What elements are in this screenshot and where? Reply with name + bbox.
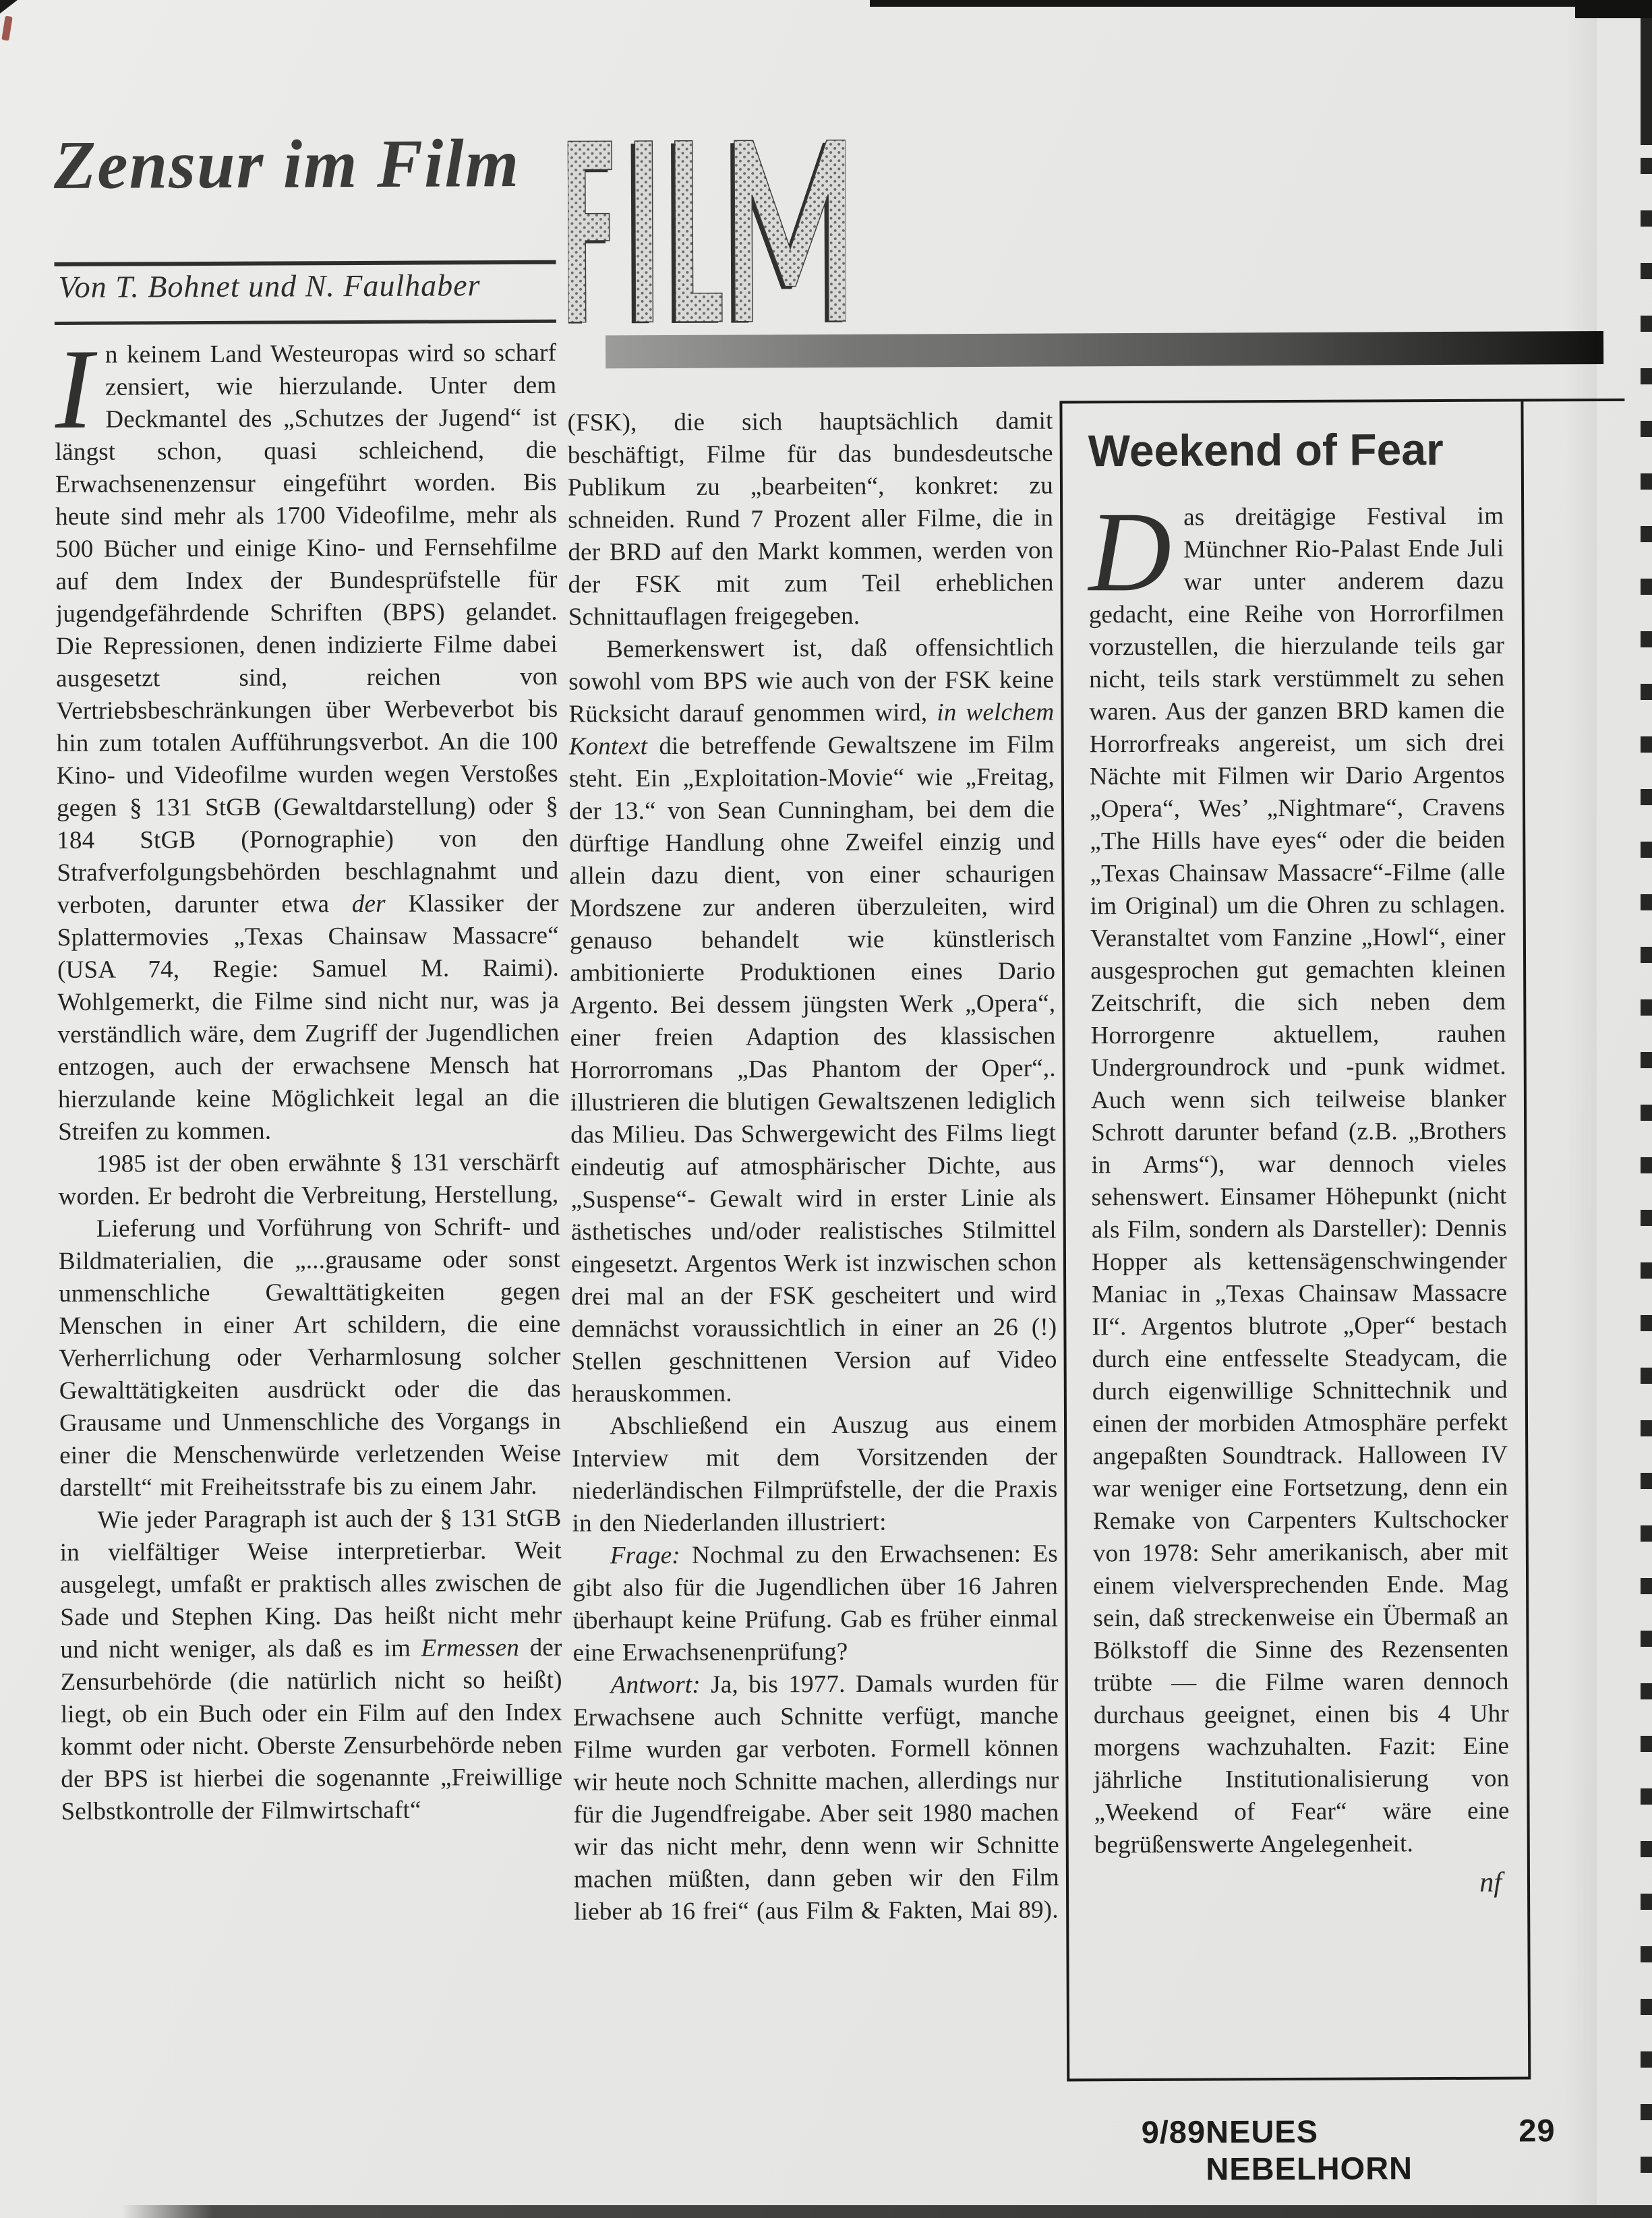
text-segment: Ja, bis 1977. Damals wurden für Erwachse…	[573, 1670, 1059, 1926]
byline: Von T. Bohnet und N. Faulhaber	[59, 267, 558, 305]
text-segment: die betreffende Gewaltszene im Film steh…	[569, 731, 1057, 1408]
text-segment: Lieferung und Vorführung von Schrift- un…	[59, 1213, 561, 1502]
scan-edge-bottom-artifact	[121, 2205, 1652, 2218]
paragraph: (FSK), die sich hauptsächlich damit besc…	[567, 405, 1053, 634]
scan-edge-top-artifact	[870, 0, 1652, 7]
text-segment: Ermessen	[421, 1634, 520, 1662]
column-2: (FSK), die sich hauptsächlich damit besc…	[567, 405, 1061, 2188]
film-section-logo	[568, 139, 846, 324]
text-segment: Antwort:	[611, 1671, 701, 1699]
film-letter-i	[631, 141, 653, 324]
box-title: Weekend of Fear	[1088, 425, 1504, 475]
footer-issue: 9/89	[1142, 2113, 1206, 2151]
text-segment: as dreitägige Festival im Münchner Rio-P…	[1089, 502, 1510, 1859]
text-segment: (FSK), die sich hauptsächlich damit besc…	[567, 407, 1053, 631]
box-text: Das dreitägige Festival im Münchner Rio-…	[1088, 500, 1510, 1862]
film-letter-m	[730, 140, 846, 324]
scan-edge-right-artifact	[1641, 0, 1652, 2218]
scan-fold-shading	[1566, 0, 1597, 2218]
film-logo-underline-bar	[606, 331, 1603, 368]
text-segment: Frage:	[610, 1542, 680, 1569]
weekend-of-fear-box: Weekend of Fear Das dreitägige Festival …	[1059, 399, 1531, 2081]
page-content: Zensur im Film Von T. Bohnet und N. Faul…	[0, 0, 1652, 2218]
paragraph: Abschließend ein Auszug aus einem Interv…	[572, 1409, 1058, 1540]
paragraph: 1985 ist der oben erwähnte § 131 verschä…	[58, 1146, 560, 1213]
article-title: Zensur im Film	[54, 127, 566, 203]
byline-rule-bottom	[55, 320, 556, 325]
paragraph: Wie jeder Paragraph ist auch der § 131 S…	[60, 1502, 563, 1828]
text-segment: n keinem Land Westeuropas wird so scharf…	[55, 339, 559, 919]
film-letter-f	[568, 141, 612, 323]
footer-page-number: 29	[1518, 2111, 1556, 2149]
magazine-page-scan: { "page": { "title": "Zensur im Film", "…	[0, 0, 1652, 2218]
page-footer: 9/89 NEUES NEBELHORN 29	[1142, 2111, 1556, 2188]
paragraph: Antwort: Ja, bis 1977. Damals wurden für…	[573, 1668, 1060, 1929]
paragraph: Frage: Nochmal zu den Erwachsenen: Es gi…	[572, 1538, 1059, 1670]
film-letter-l	[671, 141, 722, 324]
text-segment: Klassiker der Splattermovies „Texas Chai…	[57, 889, 560, 1146]
byline-rule-top	[55, 260, 556, 266]
drop-cap: I	[55, 339, 105, 434]
text-segment: Abschließend ein Auszug aus einem Interv…	[572, 1411, 1057, 1538]
drop-cap: D	[1088, 502, 1184, 597]
scan-edge-top-corner-artifact	[1575, 0, 1652, 18]
column-1: In keinem Land Westeuropas wird so schar…	[55, 337, 564, 2079]
text-segment: 1985 ist der oben erwähnte § 131 verschä…	[58, 1148, 560, 1210]
paragraph: Bemerkenswert ist, daß offensichtlich so…	[568, 632, 1057, 1411]
paragraph: Lieferung und Vorführung von Schrift- un…	[59, 1211, 562, 1505]
box-author-initials: nf	[1094, 1867, 1502, 1901]
text-segment: der	[352, 890, 386, 918]
paragraph: In keinem Land Westeuropas wird so schar…	[55, 337, 560, 1148]
paragraph: Das dreitägige Festival im Münchner Rio-…	[1088, 500, 1510, 1862]
footer-magazine-name: NEUES NEBELHORN	[1206, 2112, 1519, 2188]
